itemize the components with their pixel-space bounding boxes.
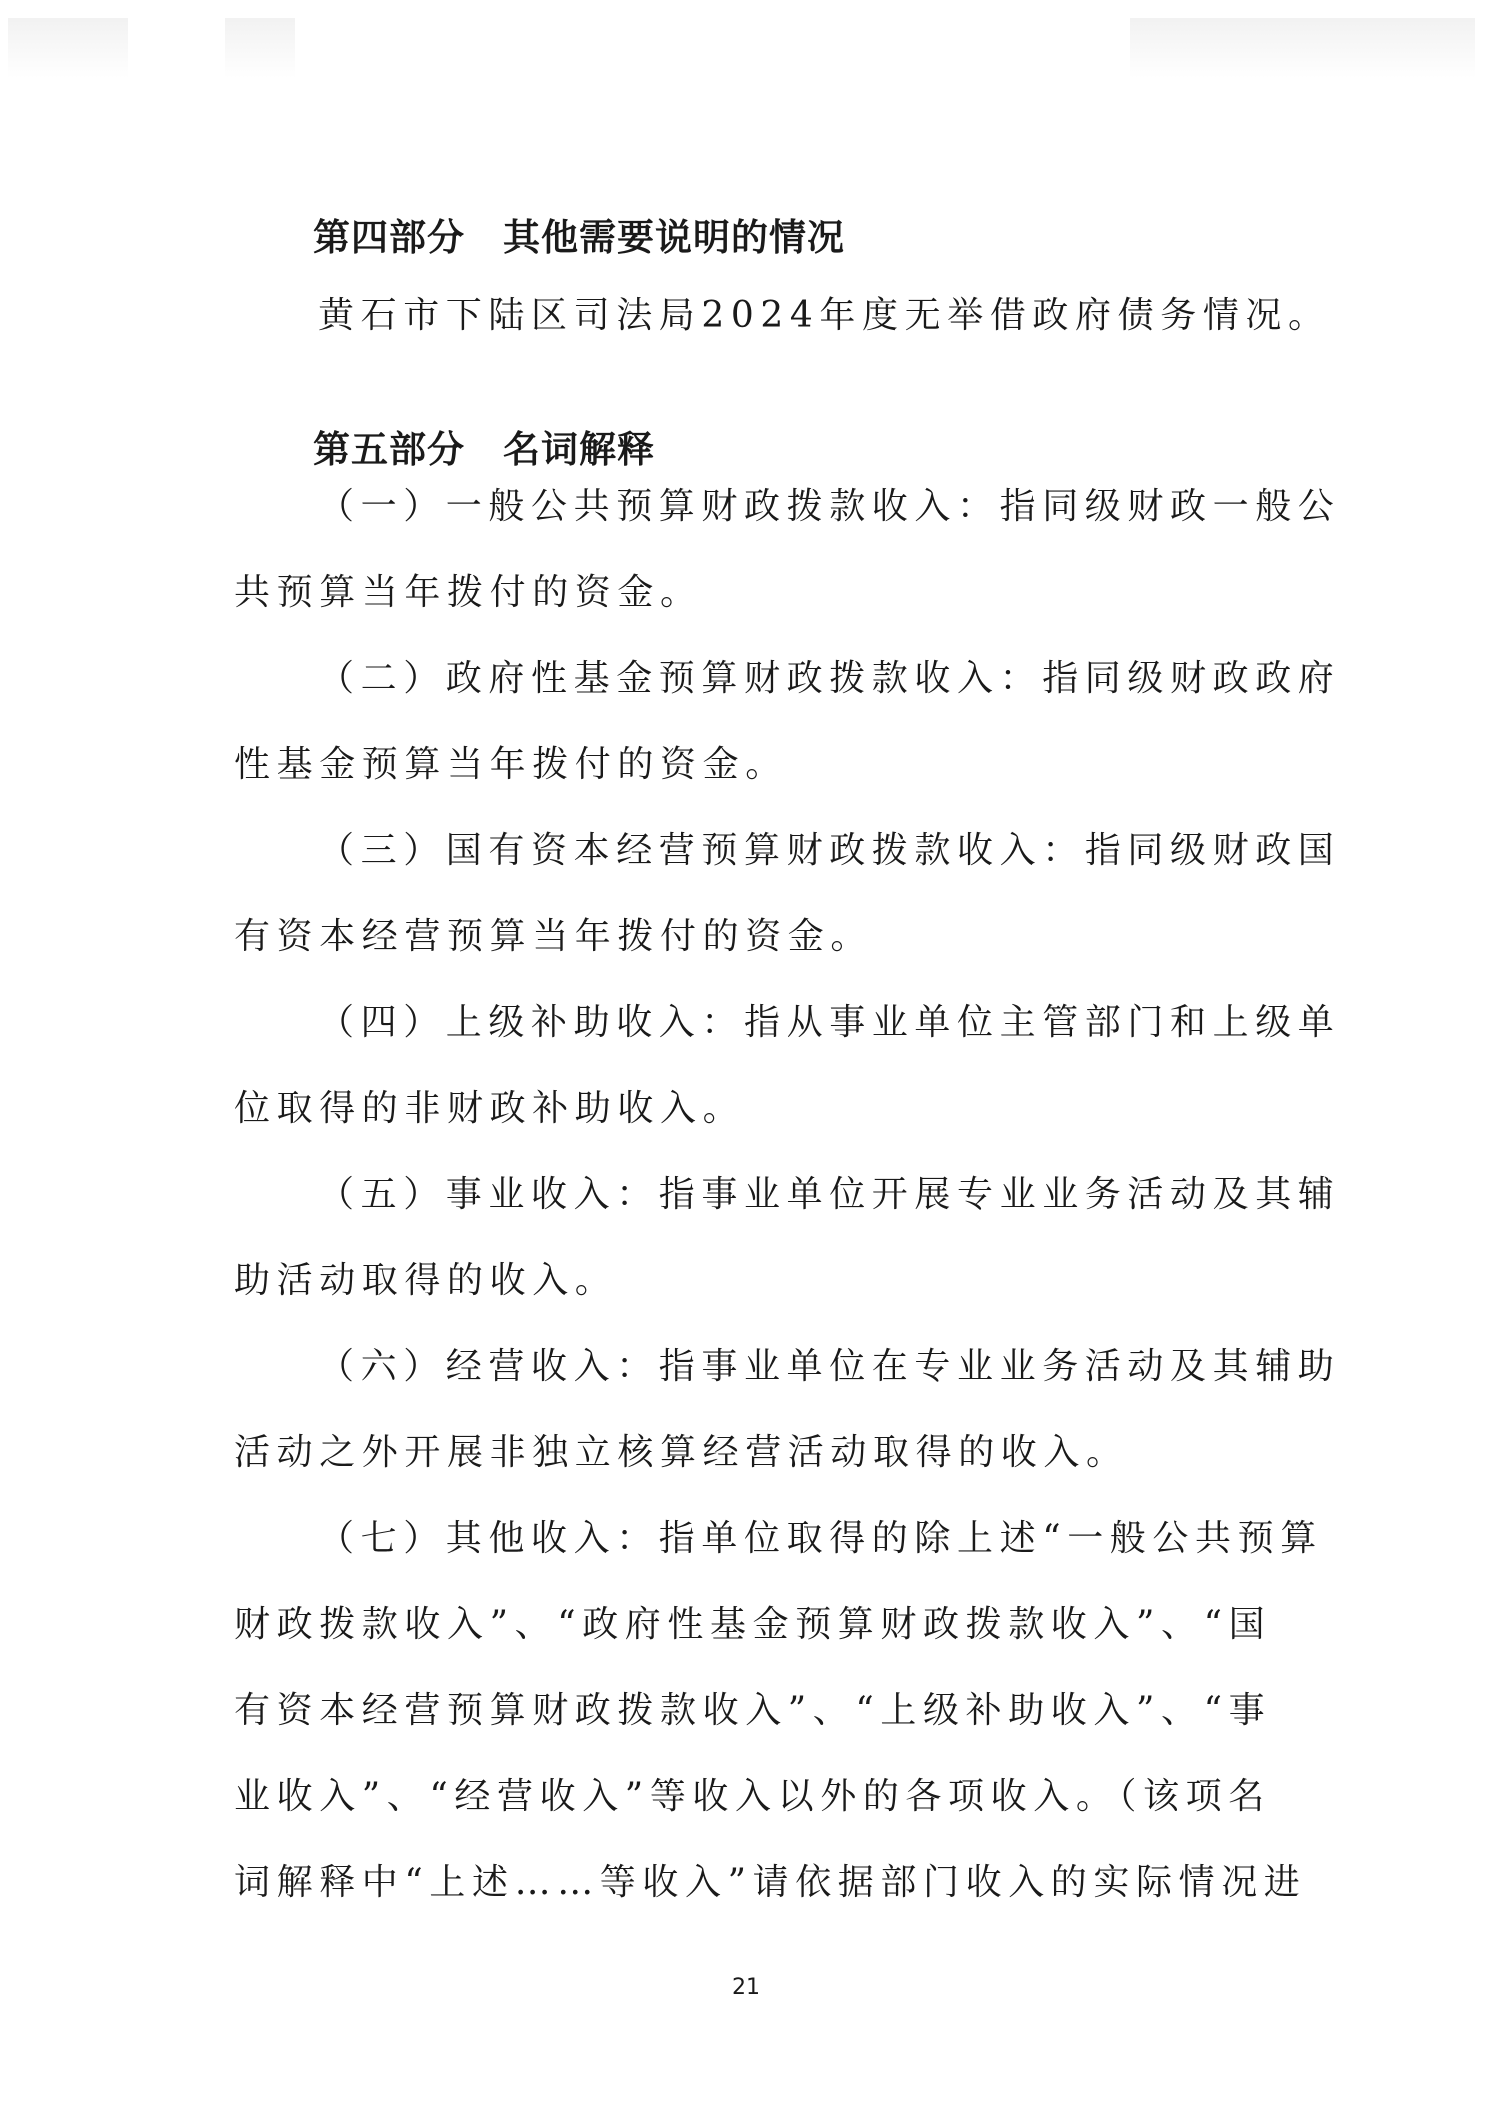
definition-7-line-5: 词解释中“上述……等收入”请依据部门收入的实际情况进 <box>234 1854 1306 1905</box>
paragraph-debt-status: 黄石市下陆区司法局2024年度无举借政府债务情况。 <box>318 287 1331 338</box>
definition-4-line-1: （四）上级补助收入：指从事业单位主管部门和上级单 <box>318 994 1340 1045</box>
definition-7-line-4: 业收入”、“经营收入”等收入以外的各项收入。（该项名 <box>234 1768 1271 1819</box>
definition-2-line-2: 性基金预算当年拨付的资金。 <box>234 736 788 787</box>
definition-6-line-1: （六）经营收入：指事业单位在专业业务活动及其辅助 <box>318 1338 1340 1389</box>
definition-7-line-3: 有资本经营预算财政拨款收入”、“上级补助收入”、“事 <box>234 1682 1271 1733</box>
document-page: 第四部分 其他需要说明的情况 黄石市下陆区司法局2024年度无举借政府债务情况。… <box>0 0 1492 2115</box>
definition-2-line-1: （二）政府性基金预算财政拨款收入：指同级财政政府 <box>318 650 1340 701</box>
definition-7-line-1: （七）其他收入：指单位取得的除上述“一般公共预算 <box>318 1510 1323 1561</box>
definition-1-line-1: （一）一般公共预算财政拨款收入：指同级财政一般公 <box>318 478 1340 529</box>
definition-5-line-1: （五）事业收入：指事业单位开展专业业务活动及其辅 <box>318 1166 1340 1217</box>
definition-3-line-1: （三）国有资本经营预算财政拨款收入：指同级财政国 <box>318 822 1340 873</box>
definition-3-line-2: 有资本经营预算当年拨付的资金。 <box>234 908 873 959</box>
page-number: 21 <box>0 1975 1492 2000</box>
section-heading-5: 第五部分 名词解释 <box>313 419 655 473</box>
definition-6-line-2: 活动之外开展非独立核算经营活动取得的收入。 <box>234 1424 1129 1475</box>
definition-4-line-2: 位取得的非财政补助收入。 <box>234 1080 745 1131</box>
definition-7-line-2: 财政拨款收入”、“政府性基金预算财政拨款收入”、“国 <box>234 1596 1271 1647</box>
section-heading-4: 第四部分 其他需要说明的情况 <box>313 207 845 261</box>
definition-1-line-2: 共预算当年拨付的资金。 <box>234 564 703 615</box>
definition-5-line-2: 助活动取得的收入。 <box>234 1252 617 1303</box>
